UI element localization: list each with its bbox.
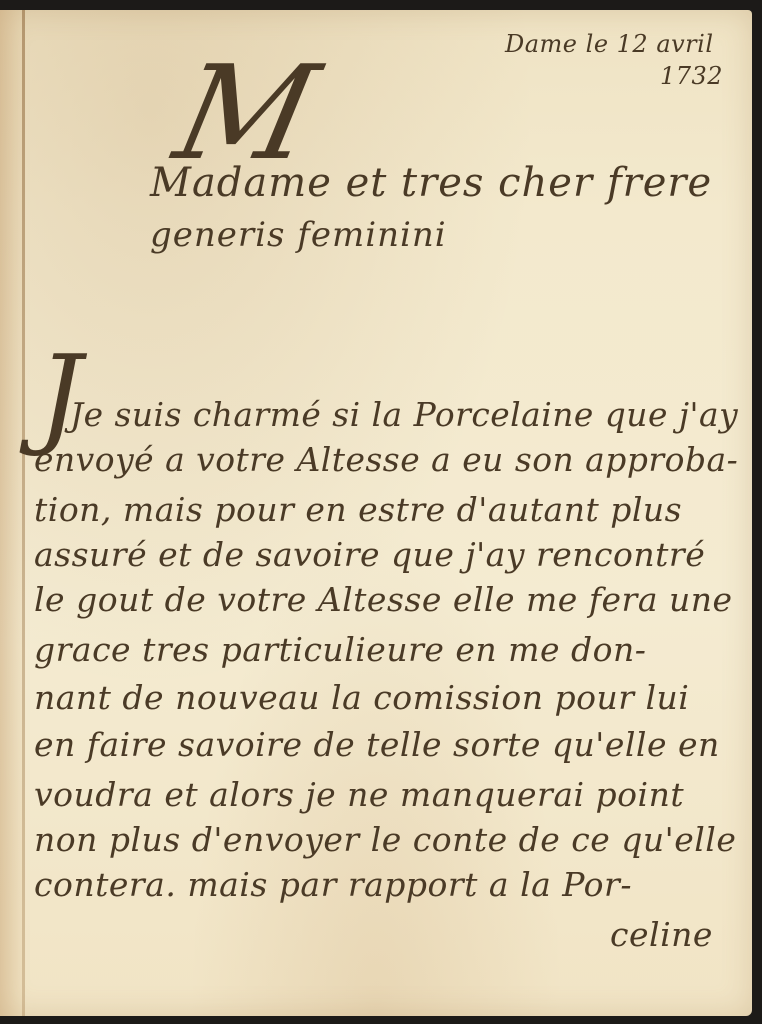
body-line-3: tion, mais pour en estre d'autant plus <box>34 490 682 529</box>
body-line-8: en faire savoire de telle sorte qu'elle … <box>34 725 720 764</box>
salutation-line-2: generis feminini <box>150 215 447 255</box>
body-line-11: contera. mais par rapport a la Por- <box>34 865 632 904</box>
body-line-9: voudra et alors je ne manquerai point <box>34 775 684 814</box>
salutation-initial: M <box>166 48 327 178</box>
page-fold-crease <box>22 10 25 1016</box>
date-year: 1732 <box>660 62 723 90</box>
body-line-12: celine <box>610 915 713 954</box>
body-line-10: non plus d'envoyer le conte de ce qu'ell… <box>34 820 736 859</box>
body-line-5: le gout de votre Altesse elle me fera un… <box>34 580 733 619</box>
body-line-1: Je suis charmé si la Porcelaine que j'ay <box>70 395 738 434</box>
page-fold-margin <box>0 10 22 1016</box>
body-line-6: grace tres particulieure en me don- <box>34 630 646 669</box>
manuscript-page: Dame le 12 avril 1732 M Madame et tres c… <box>0 10 752 1016</box>
salutation-line-1: Madame et tres cher frere <box>150 160 712 206</box>
place-date: Dame le 12 avril <box>505 30 714 58</box>
body-line-4: assuré et de savoire que j'ay rencontré <box>34 535 705 574</box>
body-line-7: nant de nouveau la comission pour lui <box>34 678 689 717</box>
body-line-2: envoyé a votre Altesse a eu son approba- <box>34 440 738 479</box>
